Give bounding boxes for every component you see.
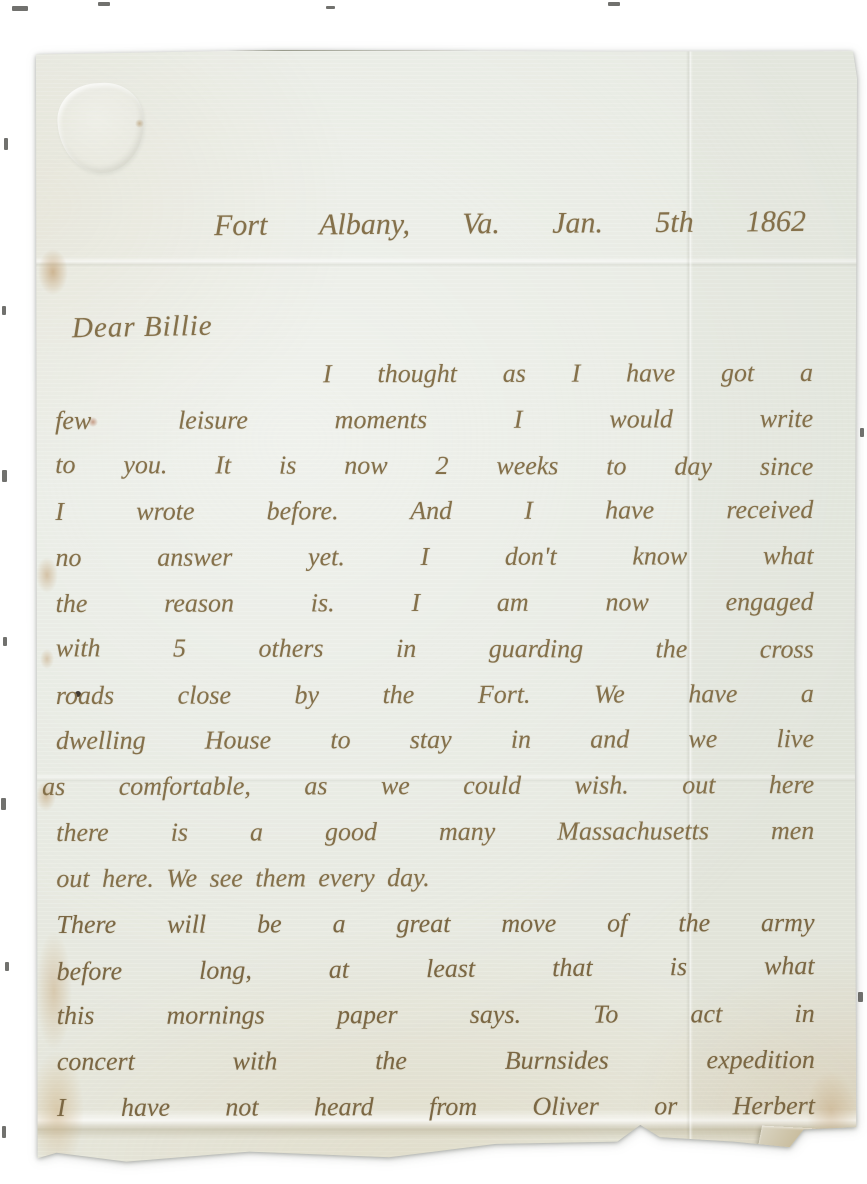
letter-line: There will be a great move of the army (56, 900, 814, 948)
scan-artifact-mark (12, 6, 28, 11)
scanned-letter-photo: { "document": { "kind": "handwritten let… (0, 0, 867, 1184)
letter-line: roads close by the Fort. We have a (56, 671, 814, 719)
letter-line: there is a good many Massachusetts men (56, 808, 814, 856)
letter-line: with 5 others in guarding the cross (56, 625, 814, 672)
embossed-stationery-seal (55, 80, 147, 176)
letter-body: I thought as I have got a few leisure mo… (55, 350, 815, 1131)
scan-artifact-mark (2, 1126, 6, 1138)
letter-line: as comfortable, as we could wish. out he… (42, 762, 814, 810)
dateline: Fort Albany, Va. Jan. 5th 1862 (214, 205, 806, 243)
scan-artifact-mark (2, 306, 6, 315)
letter-line: to you. It is now 2 weeks to day since (55, 442, 813, 490)
letter-page: Fort Albany, Va. Jan. 5th 1862 Dear Bill… (36, 50, 857, 1164)
letter-line: no answer yet. I don't know what (55, 533, 813, 581)
letter-line: before long, at least that is what (56, 943, 814, 995)
scan-artifact-mark (858, 992, 863, 1002)
stain (38, 249, 68, 295)
scan-artifact-mark (1, 798, 6, 810)
scan-artifact-mark (5, 962, 9, 971)
letter-line: concert with the Burnsides expedition (57, 1037, 815, 1085)
letter-line: I wrote before. And I have received (55, 487, 813, 535)
letter-line: I thought as I have got a (55, 350, 813, 398)
scan-artifact-mark (860, 428, 864, 437)
letter-line: out here. We see them every day. (56, 854, 602, 901)
aged-paper-sheet: Fort Albany, Va. Jan. 5th 1862 Dear Bill… (36, 50, 857, 1165)
letter-line: this mornings paper says. To act in (57, 991, 815, 1039)
letter-line: the reason is. I am now engaged (56, 579, 814, 627)
fold-crease-horizontal-top (36, 257, 857, 267)
scan-artifact-mark (608, 2, 620, 6)
scan-artifact-mark (3, 637, 7, 646)
letter-line: few leisure moments I would write (55, 396, 813, 444)
scan-artifact-mark (98, 2, 110, 6)
letter-line: dwelling House to stay in and we live (56, 716, 814, 764)
scan-artifact-mark (4, 138, 8, 150)
salutation: Dear Billie (72, 310, 213, 345)
folded-corner (754, 1126, 815, 1169)
stain (40, 649, 54, 669)
letter-line: I have not heard from Oliver or Herbert (57, 1083, 815, 1131)
scan-artifact-mark (2, 470, 7, 482)
scan-artifact-mark (326, 6, 335, 9)
